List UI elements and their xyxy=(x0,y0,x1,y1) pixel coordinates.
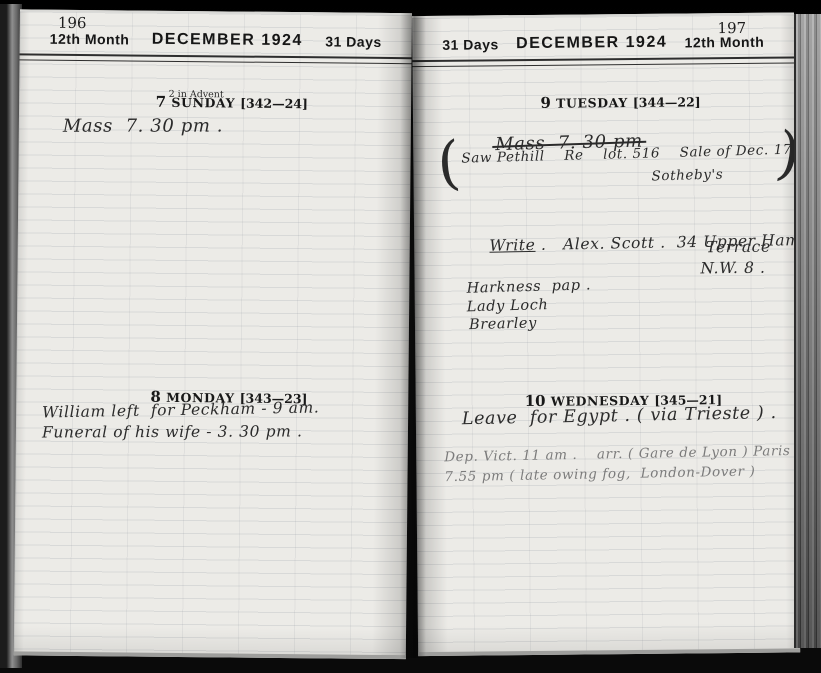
day-ref: [344—22] xyxy=(633,94,701,110)
tuesday-paren-note-line2: Sotheby's xyxy=(651,167,723,185)
header-divider xyxy=(20,53,412,64)
days-label: 31 Days xyxy=(442,36,499,53)
monday-note-line2: Funeral of his wife - 3. 30 pm . xyxy=(42,422,303,441)
header-title: DECEMBER 1924 xyxy=(516,34,667,53)
header-title: DECEMBER 1924 xyxy=(152,31,303,50)
page-header: 31 Days DECEMBER 1924 12th Month xyxy=(412,28,794,58)
tuesday-struck-note: Mass 7. 30 pm xyxy=(457,110,644,177)
underlined-word: Write xyxy=(489,236,535,255)
month-label: 12th Month xyxy=(685,34,765,51)
left-page: 196 12th Month DECEMBER 1924 31 Days 7 S… xyxy=(14,9,412,659)
days-label: 31 Days xyxy=(325,33,382,50)
page-edge-stack xyxy=(794,14,821,648)
day-number: 9 xyxy=(540,94,556,112)
tuesday-list-line2: Lady Loch xyxy=(467,297,549,315)
day-name: TUESDAY xyxy=(556,95,633,111)
diary-scan: 196 12th Month DECEMBER 1924 31 Days 7 S… xyxy=(0,0,821,673)
header-divider xyxy=(412,56,794,67)
address-rest: . Alex. Scott . 34 Upper Hamilton xyxy=(535,230,821,254)
tuesday-address-line2: Terrace xyxy=(706,238,771,257)
tuesday-paren-open: ( xyxy=(435,133,462,193)
page-header: 12th Month DECEMBER 1924 31 Days xyxy=(20,25,412,55)
tuesday-address-line3: N.W. 8 . xyxy=(700,259,765,278)
wednesday-pencil-line2: 7.55 pm ( late owing fog, London-Dover ) xyxy=(444,463,755,485)
tuesday-list-line3: Brearley xyxy=(469,315,537,333)
month-label: 12th Month xyxy=(50,31,130,48)
sunday-note: Mass 7. 30 pm . xyxy=(63,116,223,137)
tuesday-list-line1: Harkness pap . xyxy=(466,277,591,296)
right-page: 197 31 Days DECEMBER 1924 12th Month 9 T… xyxy=(412,12,800,656)
wednesday-pencil-line1: Dep. Vict. 11 am . arr. ( Gare de Lyon )… xyxy=(444,443,791,465)
